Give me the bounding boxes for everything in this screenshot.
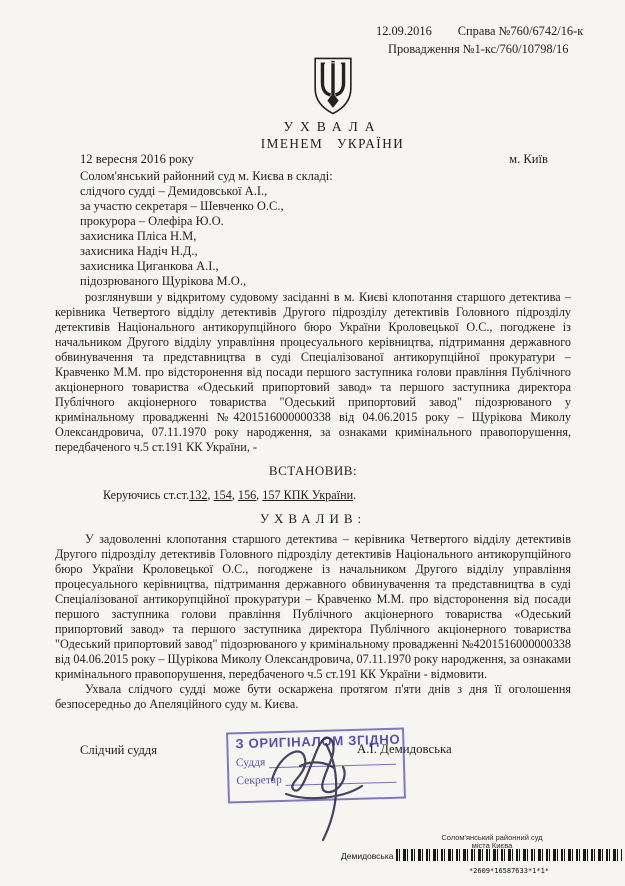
court-composition: Солом'янський районний суд м. Києва в ск… (80, 169, 333, 289)
composition-line-court: Солом'янський районний суд м. Києва в ск… (80, 169, 333, 184)
ref-link-132: 132 (189, 488, 207, 502)
handwritten-signature (256, 726, 388, 844)
ruling-body: розглянувши у відкритому судовому засіда… (55, 290, 571, 712)
resolution-paragraph: У задоволенні клопотання старшого детект… (55, 532, 571, 682)
hearing-city: м. Київ (509, 152, 548, 167)
document-title: УХВАЛА (55, 119, 610, 135)
document-header-meta: 12.09.2016Справа №760/6742/16-к Провадже… (376, 22, 583, 58)
title-in-the-name-of-ukraine: ІМЕНЕМ УКРАЇНИ (55, 136, 610, 152)
composition-line-defender-2: захисника Надіч Н.Д., (80, 244, 333, 259)
appeal-paragraph: Ухвала слідчого судді може бути оскаржен… (55, 682, 571, 712)
case-date: 12.09.2016 (376, 24, 432, 38)
ref-link-156: 156 (238, 488, 256, 502)
barcode-number: *2609*16587633*1*1* (466, 867, 552, 875)
composition-line-suspect: підозрюваного Щурікова М.О., (80, 274, 333, 289)
proceeding-number: Провадження №1-кс/760/10798/16 (376, 40, 583, 58)
barcode-number-wrap: *2609*16587633*1*1* (396, 860, 622, 878)
composition-line-judge: слідчого судді – Демидовської А.І., (80, 184, 333, 199)
judge-role-label: Слідчий суддя (80, 743, 157, 758)
ref-link-157-kpk: 157 КПК України (262, 488, 353, 502)
header-line-1: 12.09.2016Справа №760/6742/16-к (376, 22, 583, 40)
established-heading: ВСТАНОВИВ: (55, 463, 571, 478)
case-number: Справа №760/6742/16-к (458, 24, 584, 38)
document-title-block: УХВАЛА ІМЕНЕМ УКРАЇНИ (55, 119, 610, 152)
legal-basis-line: Керуючись ст.ст.132, 154, 156, 157 КПК У… (103, 488, 571, 503)
barcode-owner-label: Демидовська (341, 851, 394, 861)
composition-line-prosecutor: прокурора – Олефіра Ю.О. (80, 214, 333, 229)
ref-tail: . (353, 488, 356, 502)
court-ruling-scan: 12.09.2016Справа №760/6742/16-к Провадже… (0, 0, 625, 886)
barcode-court-name: Солом'янський районний суд міста Києва (408, 834, 576, 850)
composition-line-secretary: за участю секретаря – Шевченко О.С., (80, 199, 333, 214)
ruling-intro-paragraph: розглянувши у відкритому судовому засіда… (55, 290, 571, 455)
hearing-date: 12 вересня 2016 року (80, 152, 194, 167)
coat-of-arms-icon (310, 56, 356, 116)
ruled-heading: УХВАЛИВ: (55, 511, 571, 526)
composition-line-defender-1: захисника Пліса Н.М, (80, 229, 333, 244)
legal-basis-lead: Керуючись ст.ст. (103, 488, 189, 502)
composition-line-defender-3: захисника Циганкова А.І., (80, 259, 333, 274)
ref-link-154: 154 (214, 488, 232, 502)
